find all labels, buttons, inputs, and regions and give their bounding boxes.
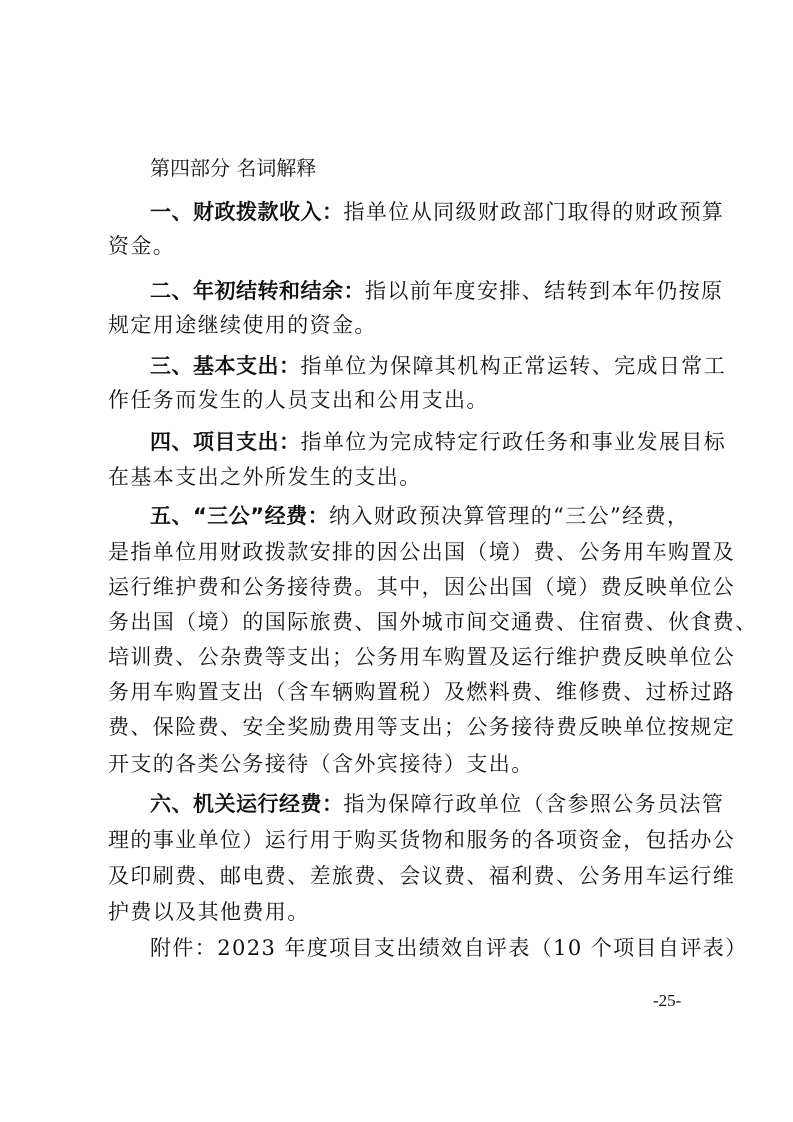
term-5-line-8: 开支的各类公务接待（含外宾接待）支出。 xyxy=(108,750,700,778)
term-3-heading: 三、基本支出： xyxy=(150,354,301,378)
term-5-heading: 五、“三公”经费： xyxy=(150,504,329,528)
term-5-line-1: 五、“三公”经费：纳入财政预决算管理的“三公”经费， xyxy=(150,502,700,530)
term-6-line-4: 护费以及其他费用。 xyxy=(108,898,700,926)
term-1-heading: 一、财政拨款收入： xyxy=(150,200,344,224)
term-5-line-3: 运行维护费和公务接待费。其中，因公出国（境）费反映单位公 xyxy=(108,573,700,601)
term-6-line-1: 六、机关运行经费：指为保障行政单位（含参照公务员法管 xyxy=(150,790,700,818)
term-5-line-7: 费、保险费、安全奖励费用等支出；公务接待费反映单位按规定 xyxy=(108,713,700,741)
term-1-line-2: 资金。 xyxy=(108,232,700,260)
term-1-line-1: 一、财政拨款收入：指单位从同级财政部门取得的财政预算 xyxy=(150,198,700,226)
term-3-line-2: 作任务而发生的人员支出和公用支出。 xyxy=(108,386,700,414)
term-2-line-1: 二、年初结转和结余：指以前年度安排、结转到本年仍按原 xyxy=(150,277,700,305)
term-2-line-2: 规定用途继续使用的资金。 xyxy=(108,311,700,339)
term-3-line-1: 三、基本支出：指单位为保障其机构正常运转、完成日常工 xyxy=(150,352,700,380)
term-6-line-2: 理的事业单位）运行用于购买货物和服务的各项资金，包括办公 xyxy=(108,826,700,854)
term-4-line-1: 四、项目支出：指单位为完成特定行政任务和事业发展目标 xyxy=(150,428,700,456)
attachment-note: 附件：2023 年度项目支出绩效自评表（10 个项目自评表） xyxy=(150,934,700,962)
term-5-line-2: 是指单位用财政拨款安排的因公出国（境）费、公务用车购置及 xyxy=(108,538,700,566)
term-5-line-5: 培训费、公杂费等支出；公务用车购置及运行维护费反映单位公 xyxy=(108,643,700,671)
term-4-line-2: 在基本支出之外所发生的支出。 xyxy=(108,463,700,491)
document-page: 第四部分 名词解释 一、财政拨款收入：指单位从同级财政部门取得的财政预算 资金。… xyxy=(0,0,793,1122)
term-5-line-6: 务用车购置支出（含车辆购置税）及燃料费、维修费、过桥过路 xyxy=(108,678,700,706)
term-6-line-3: 及印刷费、邮电费、差旅费、会议费、福利费、公务用车运行维 xyxy=(108,862,700,890)
term-4-heading: 四、项目支出： xyxy=(150,430,301,454)
term-6-heading: 六、机关运行经费： xyxy=(150,792,344,816)
section-title: 第四部分 名词解释 xyxy=(150,154,700,182)
page-number: -25- xyxy=(653,990,681,1012)
term-2-heading: 二、年初结转和结余： xyxy=(150,279,365,303)
term-5-line-4: 务出国（境）的国际旅费、国外城市间交通费、住宿费、伙食费、 xyxy=(108,608,700,636)
